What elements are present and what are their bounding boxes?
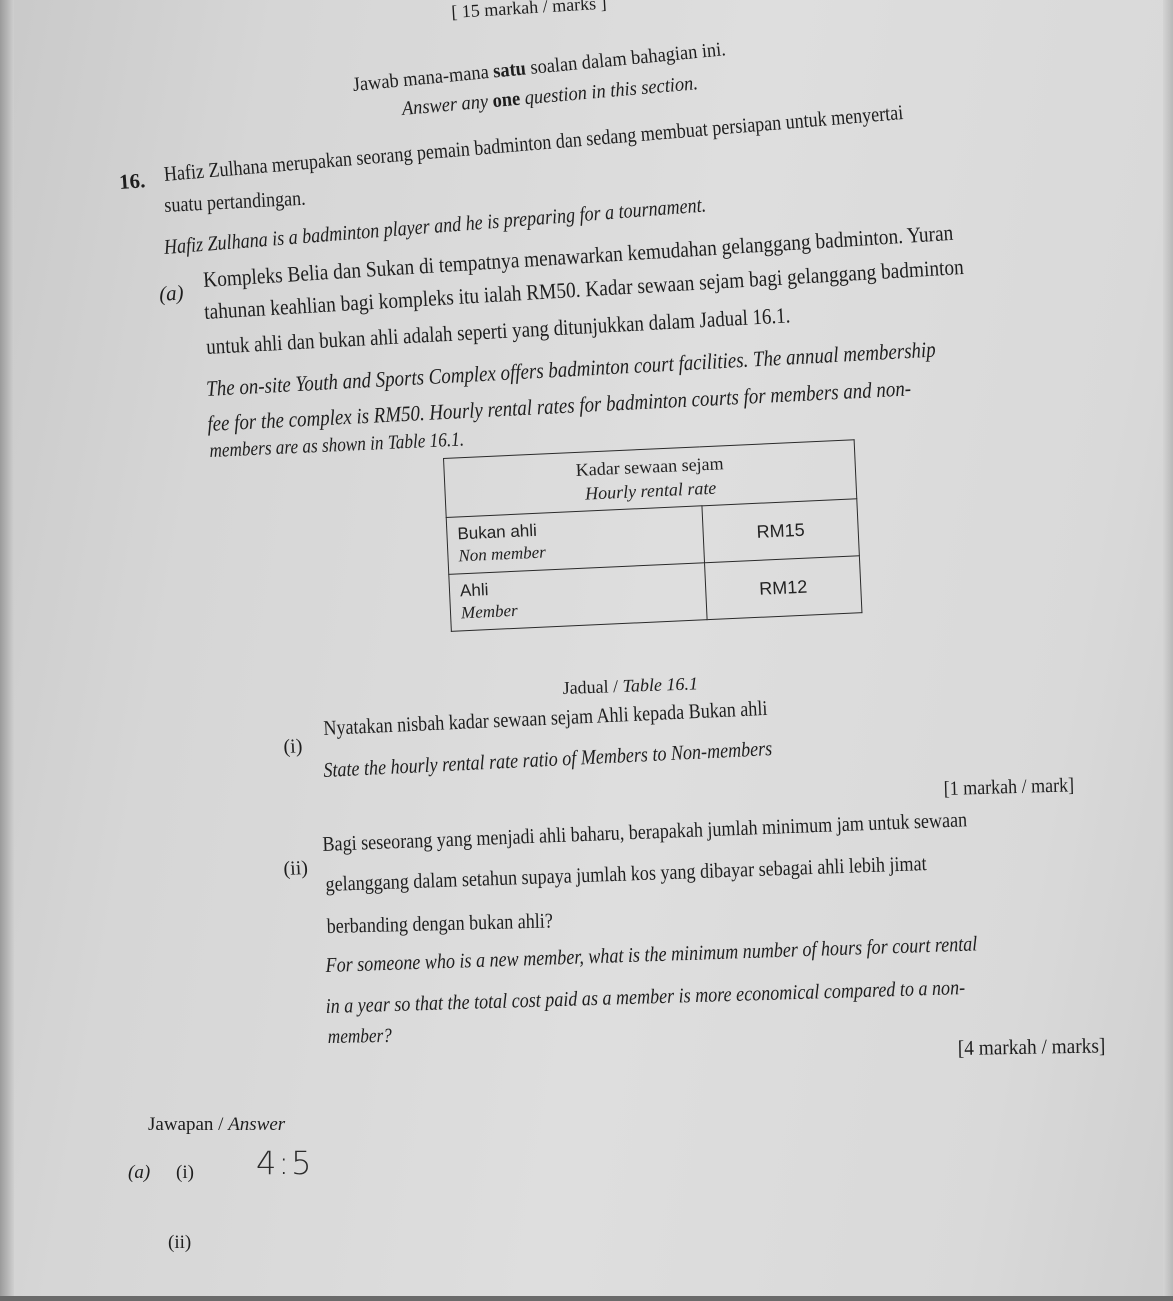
answer-ii-label: (ii) <box>168 1232 191 1254</box>
rate-cell: RM15 <box>702 499 859 563</box>
sub-question-ii-english-line-2: in a year so that the total cost paid as… <box>325 975 965 1019</box>
sub-question-ii-malay-line-2: gelanggang dalam setahun supaya jumlah k… <box>325 851 927 897</box>
rate-cell: RM12 <box>705 556 862 620</box>
answer-heading-malay: Jawapan / <box>148 1114 223 1135</box>
question-number: 16. <box>118 168 146 195</box>
category-cell: Ahli Member <box>449 563 707 632</box>
answer-heading-english: Answer <box>228 1114 285 1135</box>
sub-question-ii-english-line-3: member? <box>328 1025 392 1049</box>
table-caption-english: Table 16.1 <box>622 673 698 696</box>
sub-question-i-malay: Nyatakan nisbah kadar sewaan sejam Ahli … <box>323 696 768 741</box>
total-marks-label: [ 15 markah / marks ] <box>451 0 607 23</box>
instruction-malay-bold: satu <box>492 57 527 82</box>
sub-question-ii-english-line-1: For someone who is a new member, what is… <box>325 931 977 978</box>
answer-ii-writing-area[interactable] <box>220 1226 1080 1286</box>
sub-question-i-marks: [1 markah / mark] <box>943 774 1074 801</box>
page-edge-right <box>1163 0 1173 1301</box>
rental-rate-table: Kadar sewaan sejam Hourly rental rate Bu… <box>443 439 862 632</box>
instruction-english-bold: one <box>492 88 521 112</box>
answer-i-handwritten-value[interactable]: 4:5 <box>256 1144 314 1182</box>
page-edge-left <box>0 0 14 1301</box>
instruction-english-start: Answer any <box>401 91 489 120</box>
table-caption-malay: Jadual / <box>562 676 618 698</box>
answer-i-label: (i) <box>176 1162 194 1184</box>
instruction-malay-start: Jawab mana-mana <box>352 61 490 96</box>
intro-malay-line-1: Hafiz Zulhana merupakan seorang pemain b… <box>163 100 904 187</box>
sub-question-ii-marks: [4 markah / marks] <box>958 1033 1106 1061</box>
answer-heading: Jawapan / Answer <box>148 1114 285 1136</box>
answer-part-a-label: (a) <box>128 1162 150 1184</box>
part-a-label: (a) <box>158 280 184 307</box>
sub-question-i-label: (i) <box>283 735 303 759</box>
instruction-malay-end: soalan dalam bahagian ini. <box>529 38 726 79</box>
sub-question-ii-label: (ii) <box>283 857 308 881</box>
sub-question-ii-malay-line-1: Bagi seseorang yang menjadi ahli baharu,… <box>322 807 967 857</box>
sub-question-ii-malay-line-3: berbanding dengan bukan ahli? <box>326 908 553 939</box>
sub-question-i-english: State the hourly rental rate ratio of Me… <box>323 736 773 783</box>
table-caption: Jadual / Table 16.1 <box>562 673 698 699</box>
page-bottom-edge <box>0 1296 1173 1301</box>
intro-malay-line-2: suatu pertandingan. <box>164 186 307 218</box>
